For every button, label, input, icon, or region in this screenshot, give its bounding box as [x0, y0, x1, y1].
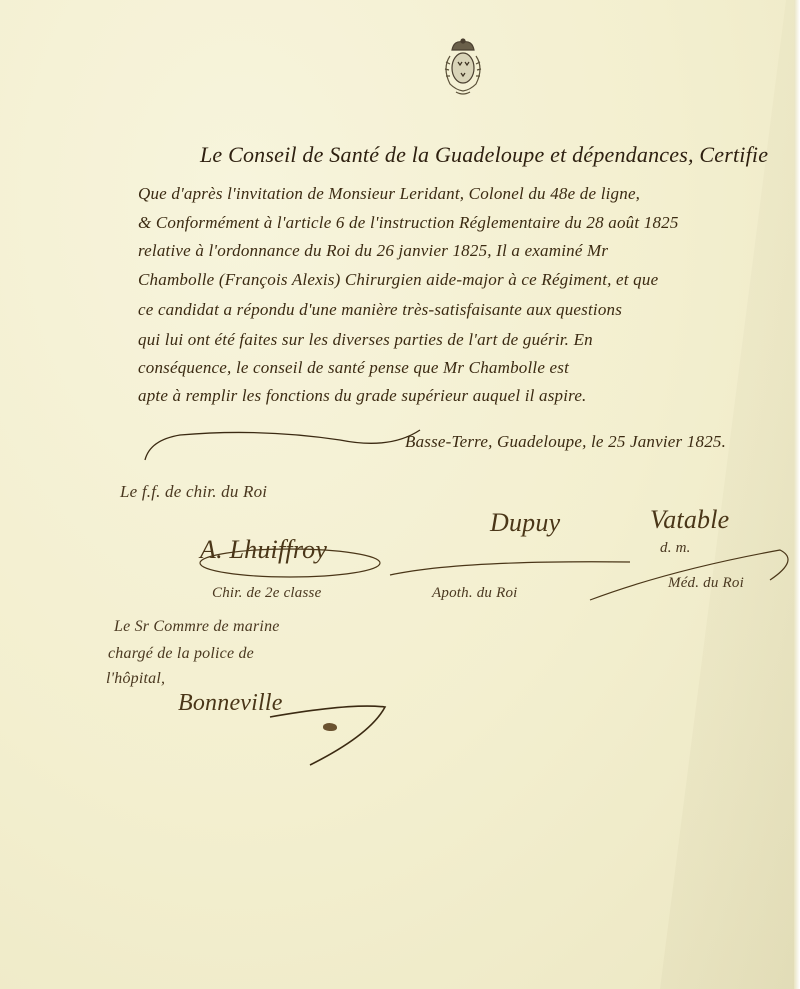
- signatory-title: Le f.f. de chir. du Roi: [120, 482, 267, 502]
- note-line: Le Sr Commre de marine: [114, 618, 280, 636]
- body-line: apte à remplir les fonctions du grade su…: [138, 386, 587, 406]
- signatory-subtitle: Apoth. du Roi: [432, 585, 518, 602]
- signature: Vatable: [650, 505, 729, 535]
- body-line: & Conformément à l'article 6 de l'instru…: [138, 213, 679, 233]
- body-line: conséquence, le conseil de santé pense q…: [138, 358, 569, 378]
- note-line: chargé de la police de: [108, 645, 254, 663]
- paper-edge: [794, 0, 800, 989]
- note-line: l'hôpital,: [106, 670, 165, 688]
- signature-flourish: [190, 545, 390, 585]
- body-line: qui lui ont été faites sur les diverses …: [138, 330, 593, 350]
- body-line: Que d'après l'invitation de Monsieur Ler…: [138, 184, 640, 204]
- flourish-decoration: [140, 410, 440, 470]
- place-date: Basse-Terre, Guadeloupe, le 25 Janvier 1…: [405, 432, 726, 452]
- signatory-subtitle: Chir. de 2e classe: [212, 585, 321, 602]
- body-line: relative à l'ordonnance du Roi du 26 jan…: [138, 241, 608, 261]
- royal-coat-of-arms-icon: [436, 36, 490, 100]
- signature-flourish: [250, 695, 400, 775]
- certificate-heading: Le Conseil de Santé de la Guadeloupe et …: [200, 142, 768, 168]
- body-line: ce candidat a répondu d'une manière très…: [138, 300, 622, 320]
- signatory-subtitle: Méd. du Roi: [668, 575, 744, 592]
- body-line: Chambolle (François Alexis) Chirurgien a…: [138, 270, 658, 290]
- ink-blot: [323, 723, 337, 731]
- signature: Dupuy: [490, 508, 560, 538]
- document-page: Le Conseil de Santé de la Guadeloupe et …: [0, 0, 800, 989]
